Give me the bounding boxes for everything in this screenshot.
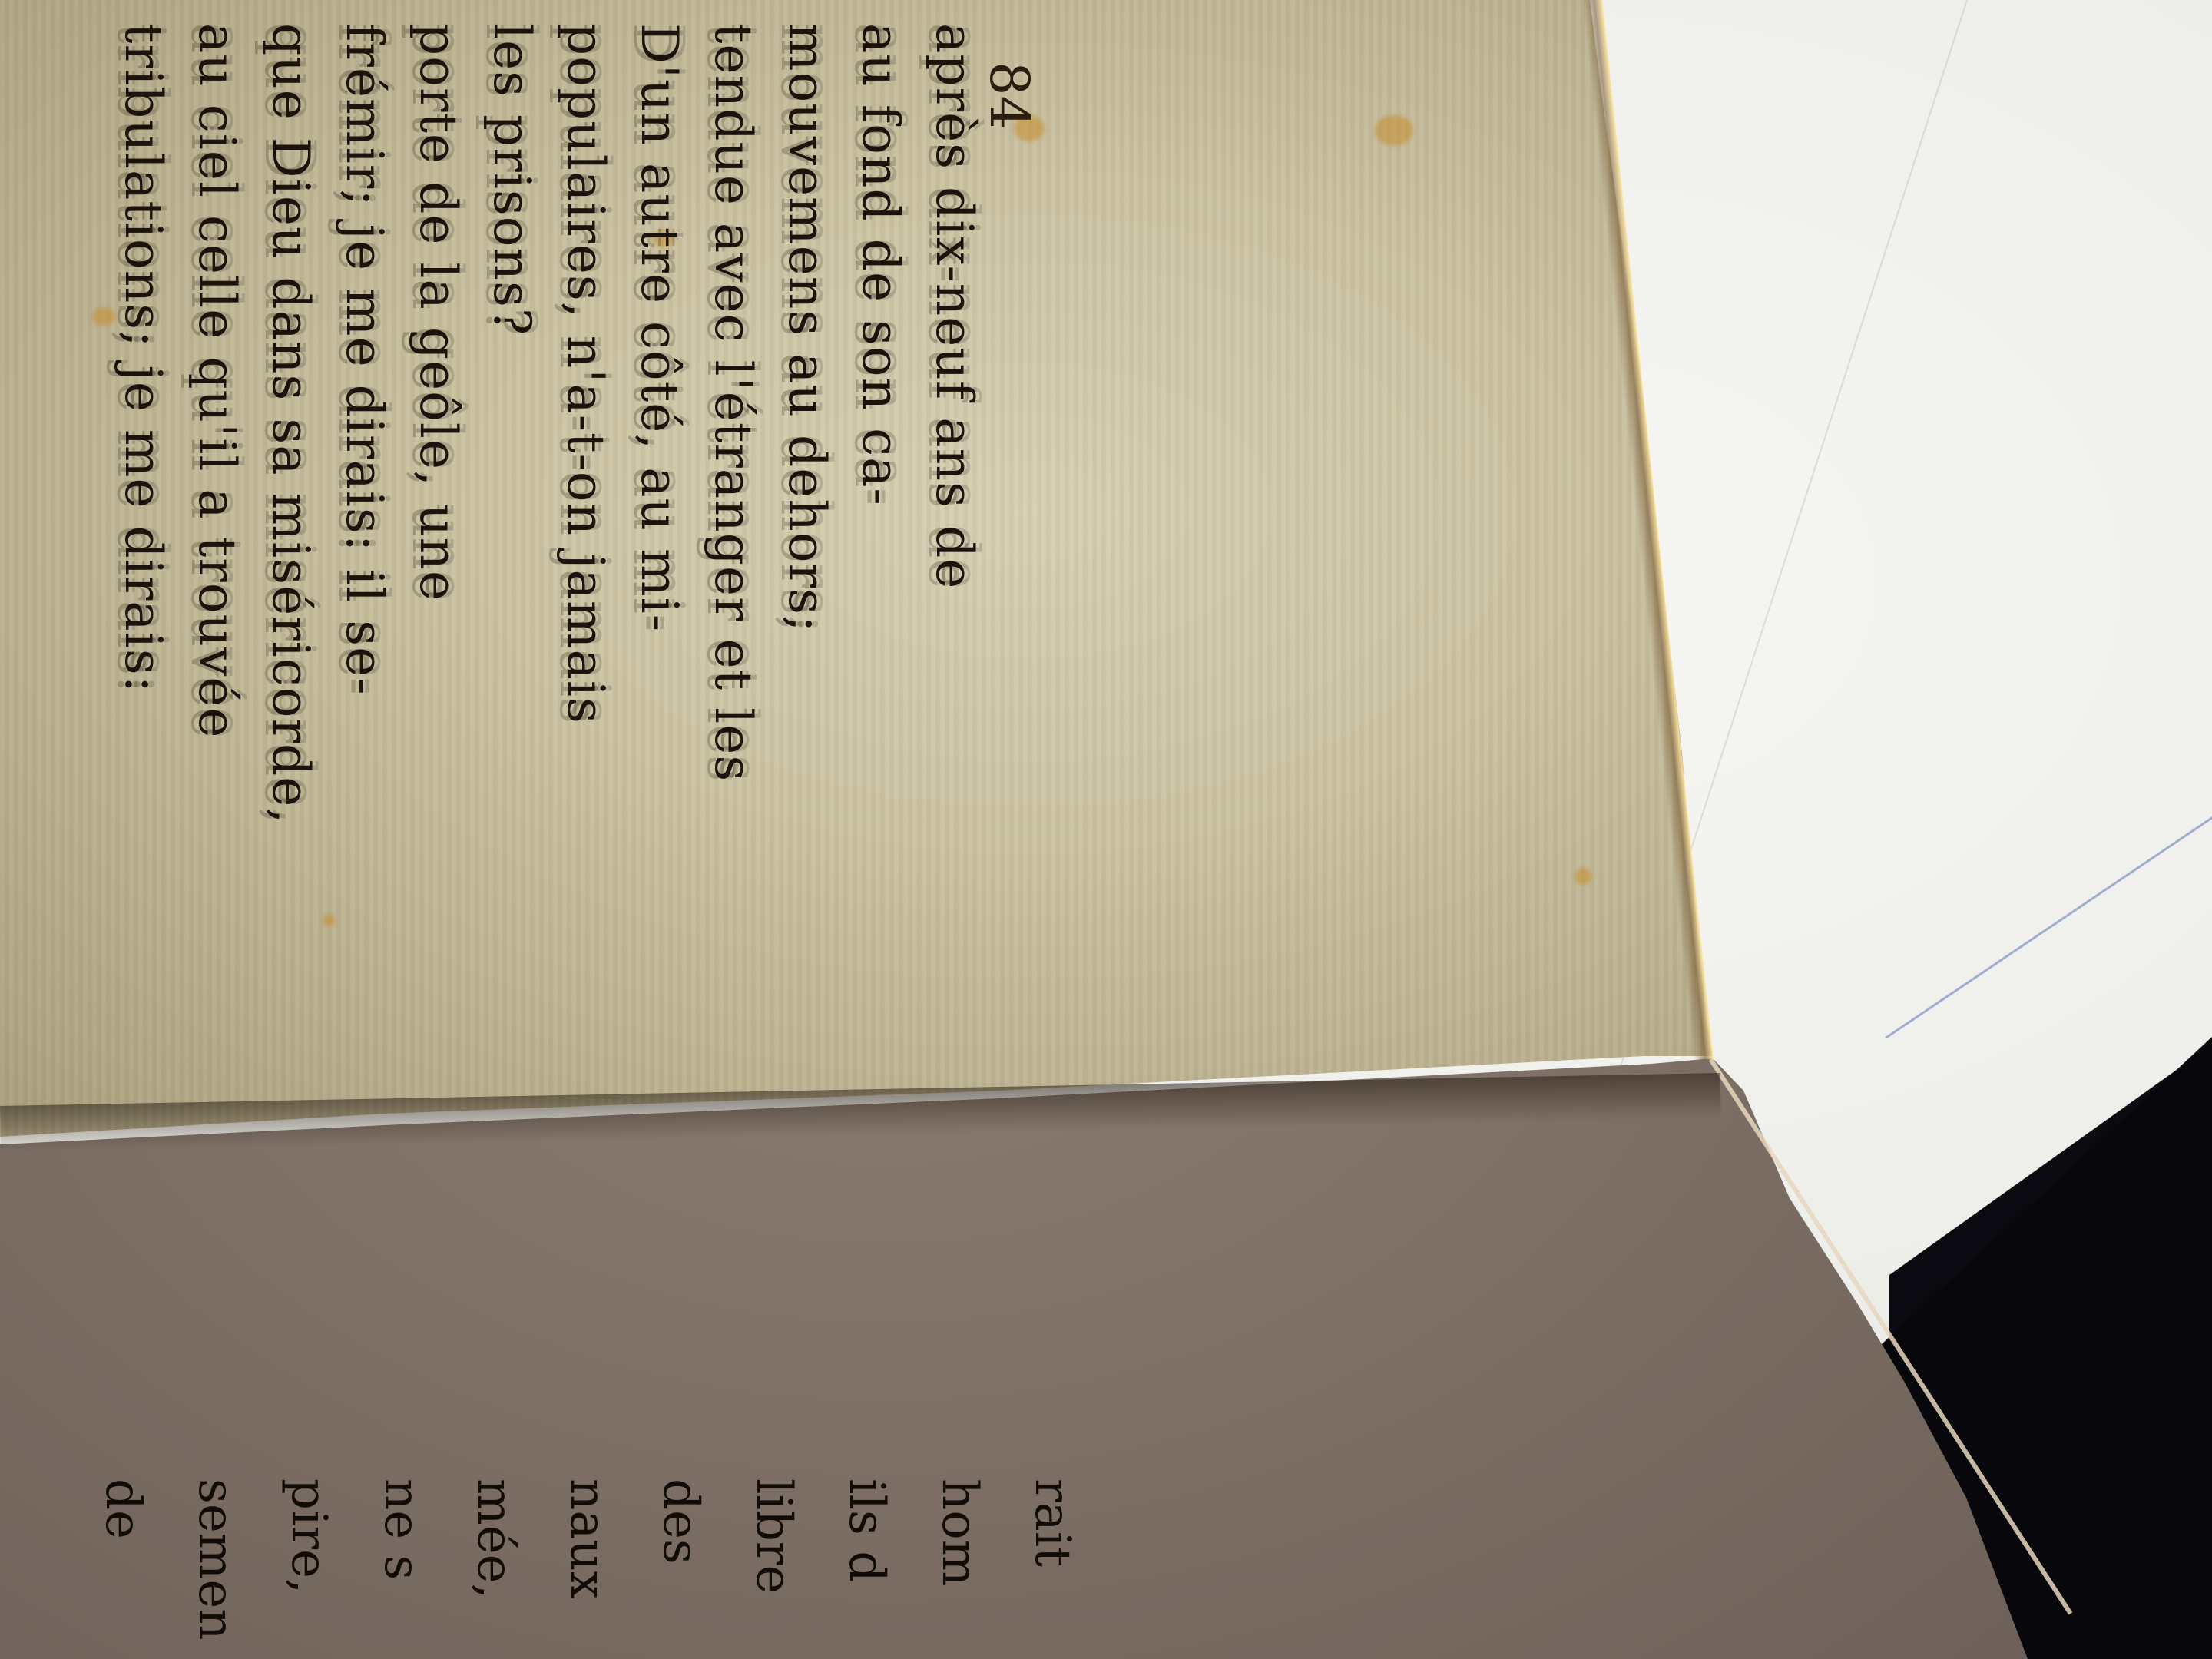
- text-line: D'un autre côté, au mi-: [622, 23, 696, 806]
- text-line: tendue avec l'étranger et les: [696, 23, 770, 806]
- text-line: populaires, n'a-t-on jamais: [548, 23, 622, 806]
- foxing-stain: [1575, 868, 1591, 885]
- text-line: tribulations; je me dirais:: [106, 23, 180, 806]
- top-page-text: après dix-neuf ans de au fond de son ca-…: [106, 23, 991, 806]
- bottom-text-line: de: [76, 1479, 169, 1641]
- bottom-text-line: semen: [169, 1479, 262, 1641]
- text-line: après dix-neuf ans de: [917, 23, 991, 806]
- bottom-text-line: des: [634, 1479, 727, 1641]
- text-line: les prisons?: [475, 23, 548, 806]
- bottom-text-line: ne s: [355, 1479, 448, 1641]
- text-line: frémir; je me dirais: il se-: [327, 23, 401, 806]
- bottom-text-line: rait: [1005, 1479, 1098, 1641]
- bottom-text-line: hom: [912, 1479, 1005, 1641]
- bottom-text-line: libre: [727, 1479, 820, 1641]
- bottom-text-line: mée,: [448, 1479, 541, 1641]
- foxing-stain: [1375, 115, 1413, 146]
- bottom-text-line: pire,: [262, 1479, 355, 1641]
- foxing-stain: [323, 914, 335, 926]
- top-page: 84 après dix-neuf ans de au fond de son …: [0, 0, 1713, 1137]
- book-photo-scene: rait hom ils d libre des naux mée, ne s …: [0, 0, 2212, 1659]
- bottom-text-line: naux: [541, 1479, 634, 1641]
- text-line: que Dieu dans sa miséricorde,: [253, 23, 327, 806]
- text-line: au ciel celle qu'il a trouvée: [180, 23, 253, 806]
- text-line: mouvemens au dehors;: [770, 23, 843, 806]
- bottom-text-line: ils d: [820, 1479, 912, 1641]
- text-line: au fond de son ca-: [843, 23, 917, 806]
- text-line: porte de la geôle, une: [401, 23, 475, 806]
- bottom-page-text: rait hom ils d libre des naux mée, ne s …: [76, 1479, 1098, 1641]
